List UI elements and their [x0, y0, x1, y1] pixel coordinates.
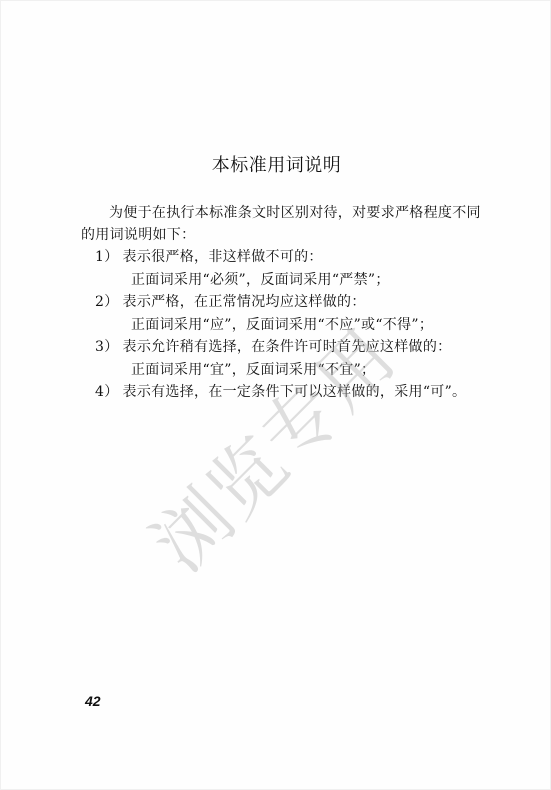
list-item-number: 2） [95, 293, 119, 311]
list-item-number: 1） [95, 248, 119, 266]
list-item-text: 表示有选择，在一定条件下可以这样做的，采用“可”。 [123, 384, 467, 400]
list-item-2-detail: 正面词采用“应”，反面词采用“不应”或“不得”； [131, 316, 433, 334]
intro-line-2: 的用词说明如下： [81, 226, 195, 244]
list-item-4: 4）表示有选择，在一定条件下可以这样做的，采用“可”。 [95, 383, 466, 401]
list-item-text: 表示很严格，非这样做不可的： [123, 249, 323, 265]
page-number: 42 [85, 693, 101, 709]
list-item-1-detail: 正面词采用“必须”，反面词采用“严禁”； [131, 271, 390, 289]
list-item-text: 表示允许稍有选择，在条件许可时首先应这样做的： [123, 339, 452, 355]
intro-line-1: 为便于在执行本标准条文时区别对待，对要求严格程度不同 [109, 204, 481, 222]
list-item-number: 3） [95, 338, 119, 356]
document-page: 本标准用词说明 为便于在执行本标准条文时区别对待，对要求严格程度不同 的用词说明… [0, 0, 551, 790]
list-item-1: 1）表示很严格，非这样做不可的： [95, 248, 323, 266]
list-item-3: 3）表示允许稍有选择，在条件许可时首先应这样做的： [95, 338, 451, 356]
page-title: 本标准用词说明 [1, 151, 551, 177]
list-item-number: 4） [95, 383, 119, 401]
list-item-2: 2）表示严格，在正常情况均应这样做的： [95, 293, 366, 311]
list-item-3-detail: 正面词采用“宜”，反面词采用“不宜”； [131, 361, 375, 379]
list-item-text: 表示严格，在正常情况均应这样做的： [123, 294, 366, 310]
